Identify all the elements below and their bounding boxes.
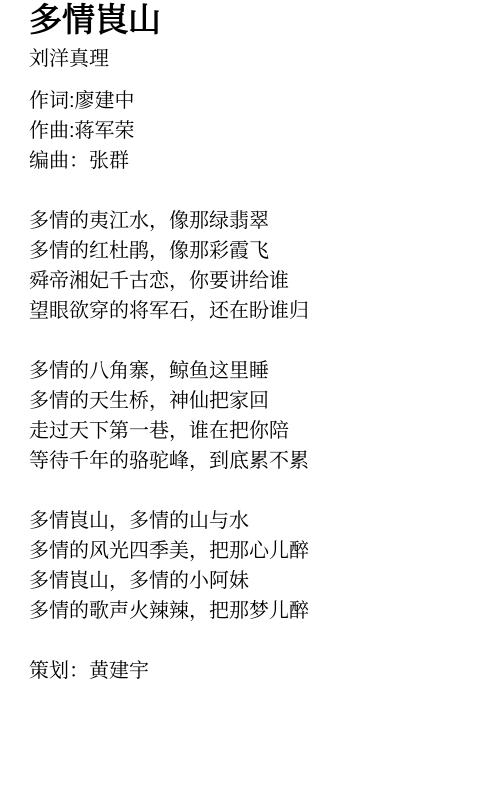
credit-arranger: 编曲：张群 — [29, 146, 480, 176]
song-title: 多情崀山 — [29, 2, 480, 38]
lyrics-body: 作词:廖建中 作曲:蒋军荣 编曲：张群 多情的夷江水，像那绿翡翠 多情的红杜鹃，… — [29, 86, 480, 686]
lyrics-page: 多情崀山 刘洋真理 作词:廖建中 作曲:蒋军荣 编曲：张群 多情的夷江水，像那绿… — [0, 0, 500, 686]
lyric-line: 多情的歌声火辣辣，把那梦儿醉 — [29, 596, 480, 626]
lyric-line: 走过天下第一巷，谁在把你陪 — [29, 416, 480, 446]
lyric-line: 多情的红杜鹃，像那彩霞飞 — [29, 236, 480, 266]
blank-line — [29, 176, 480, 206]
lyric-line: 舜帝湘妃千古恋，你要讲给谁 — [29, 266, 480, 296]
lyric-line: 多情的天生桥，神仙把家回 — [29, 386, 480, 416]
lyric-line: 多情崀山，多情的小阿妹 — [29, 566, 480, 596]
lyric-line: 等待千年的骆驼峰，到底累不累 — [29, 446, 480, 476]
blank-line — [29, 326, 480, 356]
lyric-line: 多情的夷江水，像那绿翡翠 — [29, 206, 480, 236]
lyric-line: 多情的风光四季美，把那心儿醉 — [29, 536, 480, 566]
lyric-line: 多情的八角寨，鲸鱼这里睡 — [29, 356, 480, 386]
credit-lyricist: 作词:廖建中 — [29, 86, 480, 116]
lyric-line: 望眼欲穿的将军石，还在盼谁归 — [29, 296, 480, 326]
credit-composer: 作曲:蒋军荣 — [29, 116, 480, 146]
lyric-line: 多情崀山，多情的山与水 — [29, 506, 480, 536]
artist-name: 刘洋真理 — [29, 44, 480, 74]
blank-line — [29, 626, 480, 656]
footer-planner: 策划：黄建宇 — [29, 656, 480, 686]
blank-line — [29, 476, 480, 506]
